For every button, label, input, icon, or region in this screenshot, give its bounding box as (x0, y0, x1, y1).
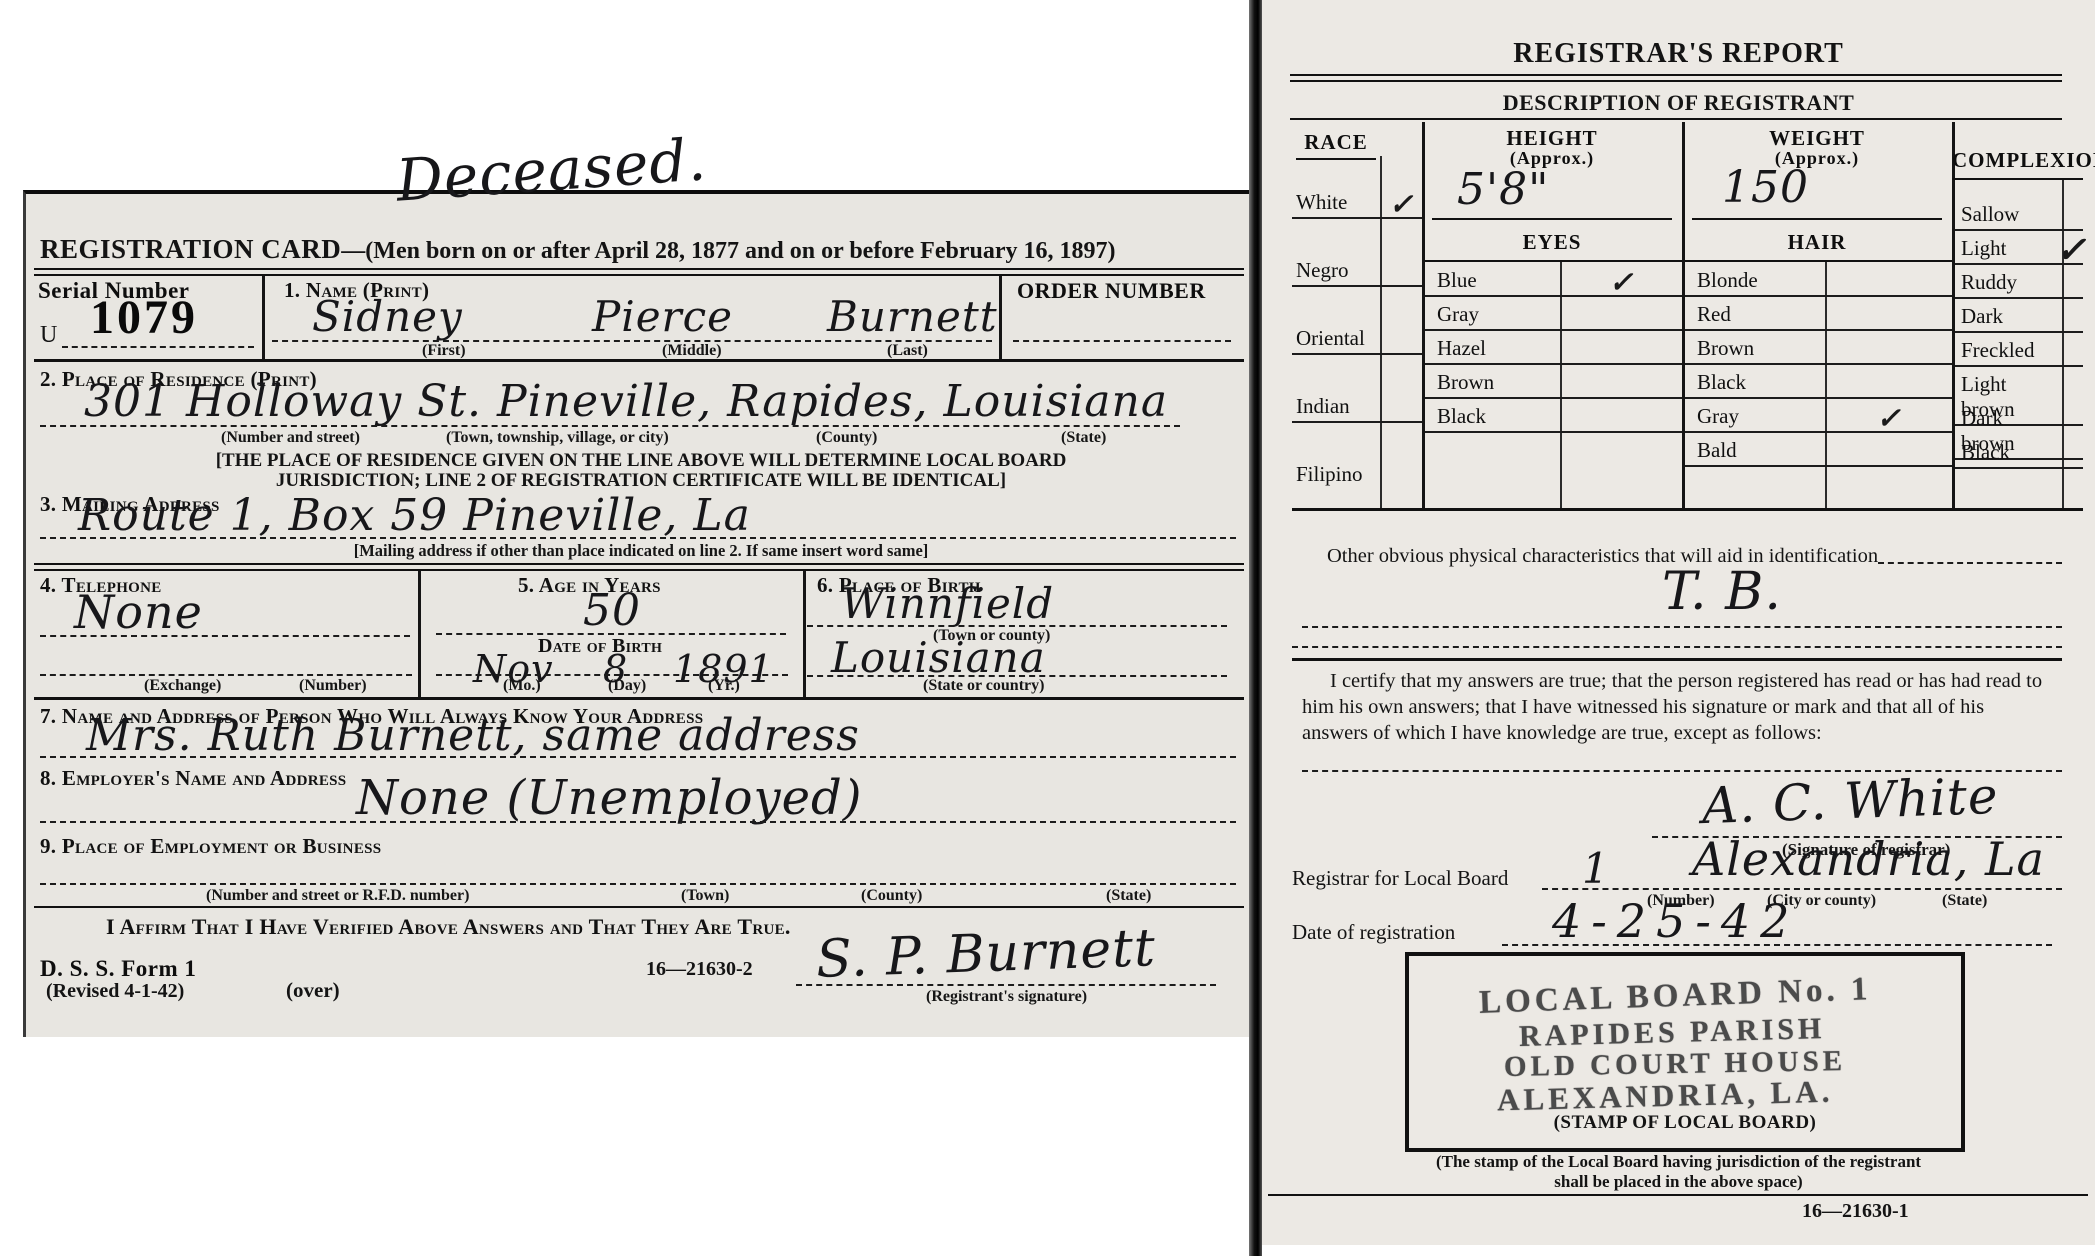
complexion-label: Light (1955, 236, 2059, 265)
card-title-rest: —(Men born on or after April 28, 1877 an… (341, 238, 1115, 264)
local-board-label: Registrar for Local Board (1292, 866, 1508, 891)
serial-line (62, 346, 254, 348)
complexion-row: Dark (1955, 304, 2083, 333)
local-board-number-value: 1 (1582, 844, 1610, 893)
race-row: Filipino (1292, 462, 1422, 489)
race-label: Negro (1292, 258, 1380, 287)
hair-blonde-check (1825, 295, 1952, 297)
eye-row: Gray (1425, 302, 1682, 331)
section-divider (34, 906, 1244, 908)
order-number-label: ORDER NUMBER (1017, 278, 1206, 304)
subtitle-divider (1290, 118, 2062, 120)
registrars-report-card: REGISTRAR'S REPORT DESCRIPTION OF REGIST… (1262, 0, 2095, 1245)
hair-label: Black (1685, 370, 1825, 399)
other-characteristics-label: Other obvious physical characteristics t… (1327, 545, 1878, 568)
eyes-header: EYES (1422, 230, 1682, 255)
contact-line (40, 756, 1236, 758)
hair-row: Gray ✓ (1685, 404, 1952, 433)
residence-value: 301 Holloway St. Pineville, Rapides, Lou… (84, 376, 1168, 427)
complexion-light-check: ✓ (2059, 237, 2083, 265)
order-number-cell: ORDER NUMBER (999, 276, 1244, 359)
eyes-gray-check (1560, 329, 1682, 331)
stamp-note-1: (The stamp of the Local Board having jur… (1262, 1152, 2095, 1172)
race-white-check: ✓ (1380, 191, 1422, 219)
hair-bald-check (1825, 465, 1952, 467)
complexion-label: Freckled (1955, 338, 2059, 367)
complexion-row: Ruddy (1955, 270, 2083, 299)
serial-number-value: 1079 (90, 290, 198, 345)
residence-sub-town: (Town, township, village, or city) (446, 429, 669, 447)
residence-sub-street: (Number and street) (221, 429, 360, 447)
mailing-line (40, 537, 1236, 539)
complexion-freckled-check (2059, 365, 2083, 367)
registrar-signature: A. C. White (1701, 767, 1999, 835)
name-last-value: Burnett (827, 292, 998, 341)
section-divider (34, 359, 1244, 362)
registration-date-label: Date of registration (1292, 920, 1455, 945)
complexion-column-header: COMPLEXION (1952, 148, 2083, 173)
hair-black-check (1825, 397, 1952, 399)
race-label: Filipino (1292, 462, 1380, 489)
birthplace-town-value: Winnfield (841, 579, 1054, 628)
row-telephone-age-birth: 4. Telephone None (Exchange) (Number) 5.… (34, 571, 1244, 697)
name-sub-first: (First) (422, 342, 466, 360)
mailing-value: Route 1, Box 59 Pineville, La (78, 490, 751, 541)
scan-edge-artifact (1249, 0, 1262, 1256)
eyes-brown-check (1560, 397, 1682, 399)
name-cell: 1. Name (Print) Sidney Pierce Burnett (F… (262, 276, 999, 359)
birthplace-cell: 6. Place of Birth Winnfield (Town or cou… (803, 571, 1244, 697)
race-row: Oriental (1292, 326, 1422, 355)
complexion-row: Light ✓ (1955, 236, 2083, 265)
employment-sub-county: (County) (861, 887, 922, 905)
residence-note-2: JURISDICTION; LINE 2 OF REGISTRATION CER… (26, 470, 1256, 492)
name-first-value: Sidney (312, 292, 463, 341)
hair-row: Blonde (1685, 268, 1952, 297)
telephone-line-2 (40, 674, 412, 676)
eye-row: Brown (1425, 370, 1682, 399)
hair-label: Red (1685, 302, 1825, 331)
local-board-line (1542, 888, 2062, 890)
race-oriental-check (1380, 353, 1422, 355)
serial-number-cell: Serial Number 1079 U (34, 276, 262, 359)
name-sub-middle: (Middle) (662, 342, 722, 360)
race-row: Negro (1292, 258, 1422, 287)
serial-prefix: U (40, 322, 57, 349)
other-characteristics-tail-line (1878, 562, 2062, 564)
registration-date-line (1502, 944, 2052, 946)
hair-row: Black (1685, 370, 1952, 399)
local-board-place-value: Alexandria, La (1692, 832, 2045, 886)
scanned-draft-card: Deceased. REGISTRATION CARD—(Men born on… (0, 0, 2095, 1256)
stamp-caption: (STAMP OF LOCAL BOARD) (1409, 1112, 1961, 1134)
eyes-header-rule (1425, 260, 1682, 262)
report-title: REGISTRAR'S REPORT (1262, 38, 2095, 70)
height-value-line (1432, 218, 1672, 220)
other-characteristics-line (1302, 626, 2062, 628)
title-divider (1290, 74, 2062, 82)
mailing-sub: [Mailing address if other than place ind… (26, 541, 1256, 561)
certify-divider-dashed (1292, 646, 2062, 648)
residence-sub-state: (State) (1061, 429, 1106, 447)
certification-text: I certify that my answers are true; that… (1302, 668, 2052, 746)
race-column-header: RACE (1292, 130, 1380, 155)
eye-label: Gray (1425, 302, 1560, 331)
complexion-label: Ruddy (1955, 270, 2059, 299)
eye-row: Blue ✓ (1425, 268, 1682, 297)
bottom-rule (1268, 1194, 2088, 1196)
affirmation-text: I Affirm That I Have Verified Above Answ… (106, 914, 791, 940)
table-bottom-rule (1292, 508, 2083, 511)
hair-red-check (1825, 329, 1952, 331)
race-header-rule (1296, 158, 1376, 160)
employer-value: None (Unemployed) (356, 770, 862, 826)
over-note: (over) (286, 978, 340, 1003)
title-divider (34, 268, 1244, 276)
telephone-sub-number: (Number) (299, 677, 367, 695)
eye-row: Hazel (1425, 336, 1682, 365)
birthplace-state-sub: (State or country) (923, 677, 1044, 695)
hair-row: Red (1685, 302, 1952, 331)
race-label: Indian (1292, 394, 1380, 423)
complexion-dark-check (2059, 331, 2083, 333)
race-negro-check (1380, 285, 1422, 287)
other-characteristics-value: T. B. (1662, 562, 1782, 622)
registrant-signature-sub: (Registrant's signature) (926, 988, 1087, 1006)
dob-line (436, 674, 788, 676)
certify-divider-rule (1292, 658, 2062, 661)
dob-label: Date of Birth (538, 635, 662, 658)
dob-sub-day: (Day) (608, 677, 646, 695)
race-row: White ✓ (1292, 190, 1422, 219)
eyes-black-check (1560, 431, 1682, 433)
complexion-label: Dark (1955, 304, 2059, 333)
name-line (272, 340, 992, 342)
complexion-label: Sallow (1955, 202, 2059, 231)
race-label: Oriental (1292, 326, 1380, 355)
complexion-label: Black (1955, 440, 2059, 469)
dob-sub-year: (Yr.) (708, 677, 740, 695)
description-table: RACE HEIGHT (Approx.) WEIGHT (Approx.) C… (1292, 122, 2083, 510)
hair-brown-check (1825, 363, 1952, 365)
form-revision: (Revised 4-1-42) (46, 980, 184, 1003)
form-id: D. S. S. Form 1 (40, 956, 196, 982)
print-code: 16—21630-2 (646, 958, 753, 981)
height-value: 5'8" (1457, 164, 1549, 215)
local-board-sub-state: (State) (1942, 892, 1987, 910)
eye-label: Black (1425, 404, 1560, 433)
card-title: REGISTRATION CARD—(Men born on or after … (40, 234, 1240, 265)
hair-label: Gray (1685, 404, 1825, 433)
telephone-sub-exchange: (Exchange) (144, 677, 221, 695)
age-cell: 5. Age in Years 50 Date of Birth Nov 8 1… (418, 571, 803, 697)
hair-row: Bald (1685, 438, 1952, 467)
card-title-main: REGISTRATION CARD (40, 234, 341, 264)
name-middle-value: Pierce (592, 292, 733, 341)
contact-value: Mrs. Ruth Burnett, same address (86, 710, 860, 761)
residence-sub-county: (County) (816, 429, 877, 447)
complexion-row: Sallow (1955, 202, 2083, 231)
complexion-black-check (2059, 467, 2083, 469)
eye-label: Blue (1425, 268, 1560, 297)
employment-line (40, 883, 1236, 885)
complexion-ruddy-check (2059, 297, 2083, 299)
dob-sub-month: (Mo.) (503, 677, 541, 695)
eyes-blue-check: ✓ (1560, 269, 1682, 297)
race-row: Indian (1292, 394, 1422, 423)
name-sub-last: (Last) (887, 342, 928, 360)
registration-card: Deceased. REGISTRATION CARD—(Men born on… (23, 190, 1256, 1037)
weight-value-line (1692, 218, 1942, 220)
complexion-row: Black (1955, 440, 2083, 469)
stamp-note-2: shall be placed in the above space) (1262, 1172, 2095, 1192)
employment-sub-town: (Town) (681, 887, 729, 905)
race-indian-check (1380, 421, 1422, 423)
stamp-box: LOCAL BOARD No. 1 RAPIDES PARISH OLD COU… (1405, 952, 1965, 1152)
telephone-line (40, 635, 410, 637)
deceased-annotation: Deceased. (394, 125, 709, 215)
order-number-line (1013, 340, 1231, 342)
eye-label: Hazel (1425, 336, 1560, 365)
complexion-row: Freckled (1955, 338, 2083, 367)
hair-label: Blonde (1685, 268, 1825, 297)
hair-label: Bald (1685, 438, 1825, 467)
employment-sub-state: (State) (1106, 887, 1151, 905)
hair-header: HAIR (1682, 230, 1952, 255)
section-divider (34, 697, 1244, 700)
report-subtitle: DESCRIPTION OF REGISTRANT (1262, 90, 2095, 116)
section-divider (34, 563, 1244, 571)
print-code: 16—21630-1 (1802, 1200, 1909, 1223)
signature-line (796, 984, 1216, 986)
telephone-cell: 4. Telephone None (Exchange) (Number) (34, 571, 418, 697)
race-label: White (1292, 190, 1380, 219)
row-serial-name-order: Serial Number 1079 U 1. Name (Print) Sid… (34, 276, 1244, 359)
eye-row: Black (1425, 404, 1682, 433)
complexion-header-rule (1952, 178, 2083, 180)
employment-label: 9. Place of Employment or Business (40, 834, 381, 859)
employer-label: 8. Employer's Name and Address (40, 766, 346, 791)
employment-sub-street: (Number and street or R.F.D. number) (206, 887, 469, 905)
hair-row: Brown (1685, 336, 1952, 365)
weight-value: 150 (1722, 162, 1809, 213)
residence-note-1: [THE PLACE OF RESIDENCE GIVEN ON THE LIN… (26, 450, 1256, 472)
age-value: 50 (583, 585, 641, 636)
telephone-value: None (74, 585, 203, 639)
employer-line (40, 821, 1236, 823)
hair-label: Brown (1685, 336, 1825, 365)
registrant-signature: S. P. Burnett (815, 918, 1157, 990)
eyes-hazel-check (1560, 363, 1682, 365)
hair-gray-check: ✓ (1825, 405, 1952, 433)
registration-date-value: 4-25-42 (1552, 894, 1799, 948)
residence-line (40, 425, 1180, 427)
hair-header-rule (1685, 260, 1952, 262)
eye-label: Brown (1425, 370, 1560, 399)
